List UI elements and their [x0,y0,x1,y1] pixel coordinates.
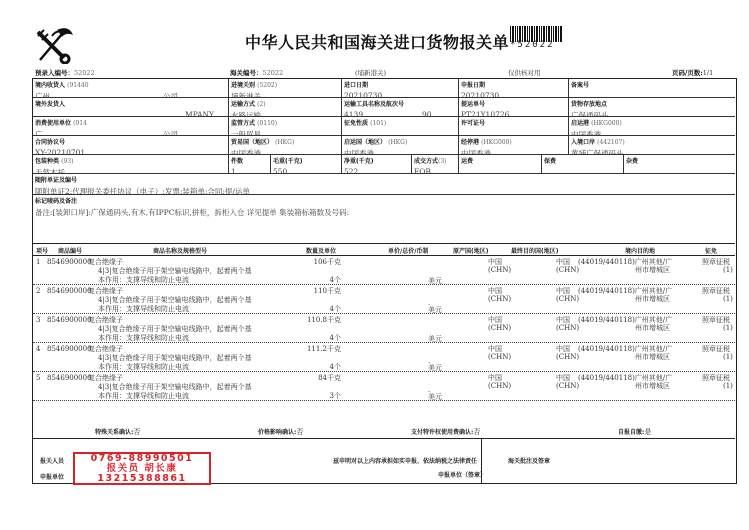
goods-levy-code: (1) [723,295,733,303]
field-consumer: 消费使用单位 (914 广公司 [33,117,229,136]
field-entry-customs: 进境关别 (5202) 埔新港关 [229,79,342,98]
goods-qty2: 3个 [330,392,341,400]
field-documents: 随附单证及编号随附单证2:代理报关委托协议（电子）;发票;装箱单;合同;提/运单 [33,174,735,195]
goods-origin: 中国 [488,316,502,324]
goods-row: 28546900000复合绝缘子4|3|复合绝缘子用于架空输电线路中，起着两个基… [33,285,735,314]
goods-domestic1: (44019/440118)广州其他/广 [578,316,672,324]
declarant-stamp: 0769-88990501 报关员 胡长康 13215388861 [73,452,211,485]
field-pieces: 件数1 [229,155,271,174]
field-transit-port: 经停港 (HKG000) 中国香港 [459,136,569,155]
goods-qty2: 4个 [330,334,341,342]
goods-levy-code: (1) [723,324,733,332]
goods-no: 1 [36,258,40,266]
goods-spec1: 4|3|复合绝缘子用于架空输电线路中，起着两个基 [98,325,252,333]
goods-dest-code: (CHN) [556,266,579,274]
goods-spec2: 本作用：支撑导线和防止电流 [98,276,189,284]
field-import-date: 进口日期20210730 [342,79,459,98]
goods-origin-code: (CHN) [488,295,511,303]
legal-statement: 兹申明对以上内容承担如实申报、依法纳税之法律责任 [333,456,477,465]
goods-spec1: 4|3|复合绝缘子用于架空输电线路中，起着两个基 [98,267,252,275]
goods-qty1: 110.8千克 [307,316,341,324]
goods-name: 复合绝缘子 [88,287,123,295]
goods-dest: 中国 [556,316,570,324]
goods-domestic2: 州市增城区 [635,266,670,274]
goods-dest-code: (CHN) [556,295,579,303]
goods-domestic1: (44019/440118)广州其他/广 [578,345,672,353]
goods-dest: 中国 [556,258,570,266]
goods-levy: 照章征税 [702,287,730,295]
goods-qty1: 84千克 [318,374,341,382]
field-license-no: 许可证号 [459,117,569,136]
goods-name: 复合绝缘子 [88,374,123,382]
goods-qty1: 110千克 [314,287,341,295]
field-trade-country: 贸易国（地区） (HKG) 中国香港 [229,136,342,155]
goods-origin: 中国 [488,345,502,353]
goods-name: 复合绝缘子 [88,316,123,324]
goods-name: 复合绝缘子 [88,258,123,266]
verification-note: 仅供核对用 [508,68,541,77]
goods-spec2: 本作用：支撑导线和防止电流 [98,334,189,342]
self-report: 自报自缴:是 [618,427,651,437]
goods-levy: 照章征税 [702,374,730,382]
goods-dest: 中国 [556,345,570,353]
page-indicator: 页码/页数:1/1 [672,68,713,77]
field-contract-no: 合同协议号XY-20210701 [33,136,229,155]
goods-domestic2: 州市增城区 [635,353,670,361]
goods-hs: 8546900000 [47,316,92,324]
goods-currency: 美元 [428,364,442,372]
goods-row: 38546900000复合绝缘子4|3|复合绝缘子用于架空输电线路中，起着两个基… [33,314,735,343]
goods-origin-code: (CHN) [488,353,511,361]
field-freight: 运费 [459,155,542,174]
goods-spec1: 4|3|复合绝缘子用于架空输电线路中，起着两个基 [98,383,252,391]
field-bill-no: 提运单号PT21Y10726 [459,98,569,117]
goods-domestic1: (44019/440118)广州其他/广 [578,287,672,295]
goods-origin-code: (CHN) [488,324,511,332]
customs-office: (埔新港关) [355,68,386,77]
field-gross-weight: 毛重(千克)550 [271,155,342,174]
goods-no: 2 [36,287,40,295]
goods-domestic1: (44019/440118)广州其他/广 [578,374,672,382]
field-record-no: 备案号 [569,79,735,98]
goods-spec2: 本作用：支撑导线和防止电流 [98,305,189,313]
goods-hs: 8546900000 [47,287,92,295]
goods-row: 58546900000复合绝缘子4|3|复合绝缘子用于架空输电线路中，起着两个基… [33,372,735,401]
goods-levy-code: (1) [723,382,733,390]
confirmation-row: 特殊关系确认:否 价格影响确认:否 支付特许权使用费确认:否 自报自缴:是 [33,424,735,439]
royalty-payment: 支付特许权使用费确认:否 [411,427,480,437]
goods-levy: 照章征税 [702,316,730,324]
goods-currency: 美元 [428,306,442,314]
field-departure-port: 启运港 (HKG000) 中国香港 [569,117,735,136]
customs-number: 海关编号：52022 [230,68,283,77]
field-vessel: 运输工具名称及航次号 413990 [342,98,459,117]
barcode-number: *52022 [510,40,555,50]
goods-table-header: 项号 商品编号 商品名称及规格型号 数量及单位 单价/总价/币制 原产国(地区)… [33,243,735,256]
goods-spec1: 4|3|复合绝缘子用于架空输电线路中，起着两个基 [98,296,252,304]
goods-hs: 8546900000 [47,258,92,266]
goods-currency: 美元 [428,393,442,401]
field-net-weight: 净重(千克)522 [342,155,412,174]
field-levy-nature: 征免性质 (101) [342,117,459,136]
field-entry-port: 入境口岸 (442107) 黄埔广保通码头 [569,136,735,155]
field-remarks: 标记唛码及备注备注:[装卸口岸]:广保通码头,有木,有IPPC标识,拼柜，拆柜入… [33,195,735,243]
field-transaction: 成交方式(3) FOB [412,155,459,174]
field-transport-mode: 运输方式 (2) 水路运输 [229,98,342,117]
goods-qty2: 4个 [330,363,341,371]
field-misc: 杂费 [624,155,735,174]
field-insurance: 保费 [542,155,624,174]
field-declare-date: 申报日期20210730 [459,79,569,98]
field-consignee: 境内收货人 (91440 广州公司 [33,79,229,98]
declare-unit-label: 申报单位 [40,472,64,481]
goods-domestic1: (44019/440118)广州其他/广 [578,258,672,266]
goods-origin: 中国 [488,374,502,382]
goods-hs: 8546900000 [47,374,92,382]
seal-label: 申报单位（签章） [438,470,486,479]
field-origin-country: 启运国（地区） (HKG) 中国香港 [342,136,459,155]
goods-dest: 中国 [556,287,570,295]
goods-no: 5 [36,374,40,382]
customs-remark-label: 海关批注及签章 [508,456,550,465]
field-supervision: 监管方式 (0110) 一般贸易 [229,117,342,136]
goods-qty2: 4个 [330,276,341,284]
goods-no: 3 [36,316,40,324]
goods-qty1: 106千克 [314,258,341,266]
goods-row: 48546900000复合绝缘子4|3|复合绝缘子用于架空输电线路中，起着两个基… [33,343,735,372]
goods-domestic2: 州市增城区 [635,295,670,303]
goods-spec2: 本作用：支撑导线和防止电流 [98,363,189,371]
field-consignor: 境外发货人 MPANY [33,98,229,117]
goods-spec1: 4|3|复合绝缘子用于架空输电线路中，起着两个基 [98,354,252,362]
goods-spec2: 本作用：支撑导线和防止电流 [98,392,189,400]
field-storage: 货物存放地点广保通码头 [569,98,735,117]
goods-qty2: 4个 [330,305,341,313]
goods-levy-code: (1) [723,353,733,361]
goods-dest-code: (CHN) [556,382,579,390]
goods-dest: 中国 [556,374,570,382]
goods-qty1: 111.2千克 [307,345,341,353]
goods-currency: 美元 [428,277,442,285]
field-package-type: 包装种类 (93) 天然木托 [33,155,229,174]
goods-levy: 照章征税 [702,345,730,353]
pre-entry-number: 预录入编号：52022 [35,68,95,77]
goods-origin-code: (CHN) [488,382,511,390]
goods-origin: 中国 [488,287,502,295]
goods-domestic2: 州市增城区 [635,382,670,390]
declaration-form: 境内收货人 (91440 广州公司 进境关别 (5202) 埔新港关 进口日期2… [32,78,737,484]
goods-levy-code: (1) [723,266,733,274]
special-relation: 特殊关系确认:否 [95,427,140,437]
goods-hs: 8546900000 [47,345,92,353]
declarant-label: 报关人员 [40,456,64,465]
goods-no: 4 [36,345,40,353]
goods-row: 18546900000复合绝缘子4|3|复合绝缘子用于架空输电线路中，起着两个基… [33,256,735,285]
document-title: 中华人民共和国海关进口货物报关单 [245,30,509,53]
goods-dest-code: (CHN) [556,353,579,361]
price-influence: 价格影响确认:否 [258,427,303,437]
goods-dest-code: (CHN) [556,324,579,332]
goods-domestic2: 州市增城区 [635,324,670,332]
goods-origin-code: (CHN) [488,266,511,274]
goods-name: 复合绝缘子 [88,345,123,353]
goods-levy: 照章征税 [702,258,730,266]
customs-emblem-icon [34,24,74,64]
goods-origin: 中国 [488,258,502,266]
goods-currency: 美元 [428,335,442,343]
